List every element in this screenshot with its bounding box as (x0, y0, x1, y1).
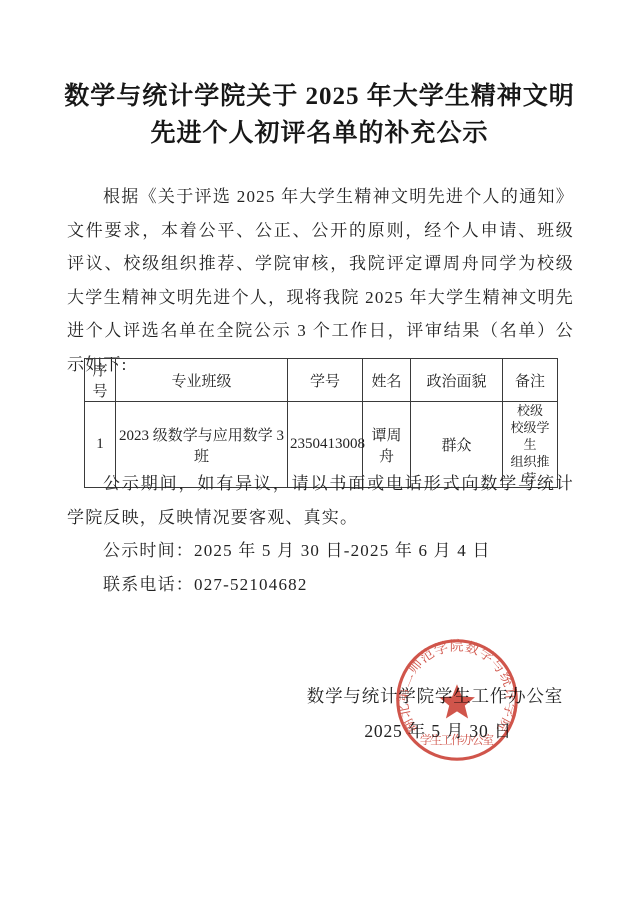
header-political-status: 政治面貌 (411, 359, 503, 402)
header-student-id: 学号 (288, 359, 363, 402)
document-title: 数学与统计学院关于 2025 年大学生精神文明 先进个人初评名单的补充公示 (40, 78, 599, 152)
stamp-banner-text: 学生工作办公室 (420, 732, 494, 747)
table-header-row: 序号 专业班级 学号 姓名 政治面貌 备注 (85, 359, 558, 402)
contact-phone-line: 联系电话：027-52104682 (67, 568, 574, 602)
official-seal-stamp: 湖北第二师范学院数学与统计学院 学生工作办公室 (394, 637, 520, 763)
header-name: 姓名 (363, 359, 411, 402)
title-line-2: 先进个人初评名单的补充公示 (40, 115, 599, 152)
header-class: 专业班级 (116, 359, 288, 402)
intro-paragraph: 根据《关于评选 2025 年大学生精神文明先进个人的通知》文件要求，本着公平、公… (67, 180, 574, 382)
title-line-1: 数学与统计学院关于 2025 年大学生精神文明 (40, 78, 599, 115)
stamp-star-icon (439, 684, 475, 718)
document-page: 数学与统计学院关于 2025 年大学生精神文明 先进个人初评名单的补充公示 根据… (0, 0, 639, 905)
publicity-period-line: 公示时间：2025 年 5 月 30 日-2025 年 6 月 4 日 (67, 534, 574, 568)
header-remark: 备注 (503, 359, 558, 402)
header-no: 序号 (85, 359, 116, 402)
closing-paragraph: 公示期间，如有异议，请以书面或电话形式向数学与统计学院反映，反映情况要客观、真实… (67, 467, 574, 534)
closing-block: 公示期间，如有异议，请以书面或电话形式向数学与统计学院反映，反映情况要客观、真实… (67, 467, 574, 601)
